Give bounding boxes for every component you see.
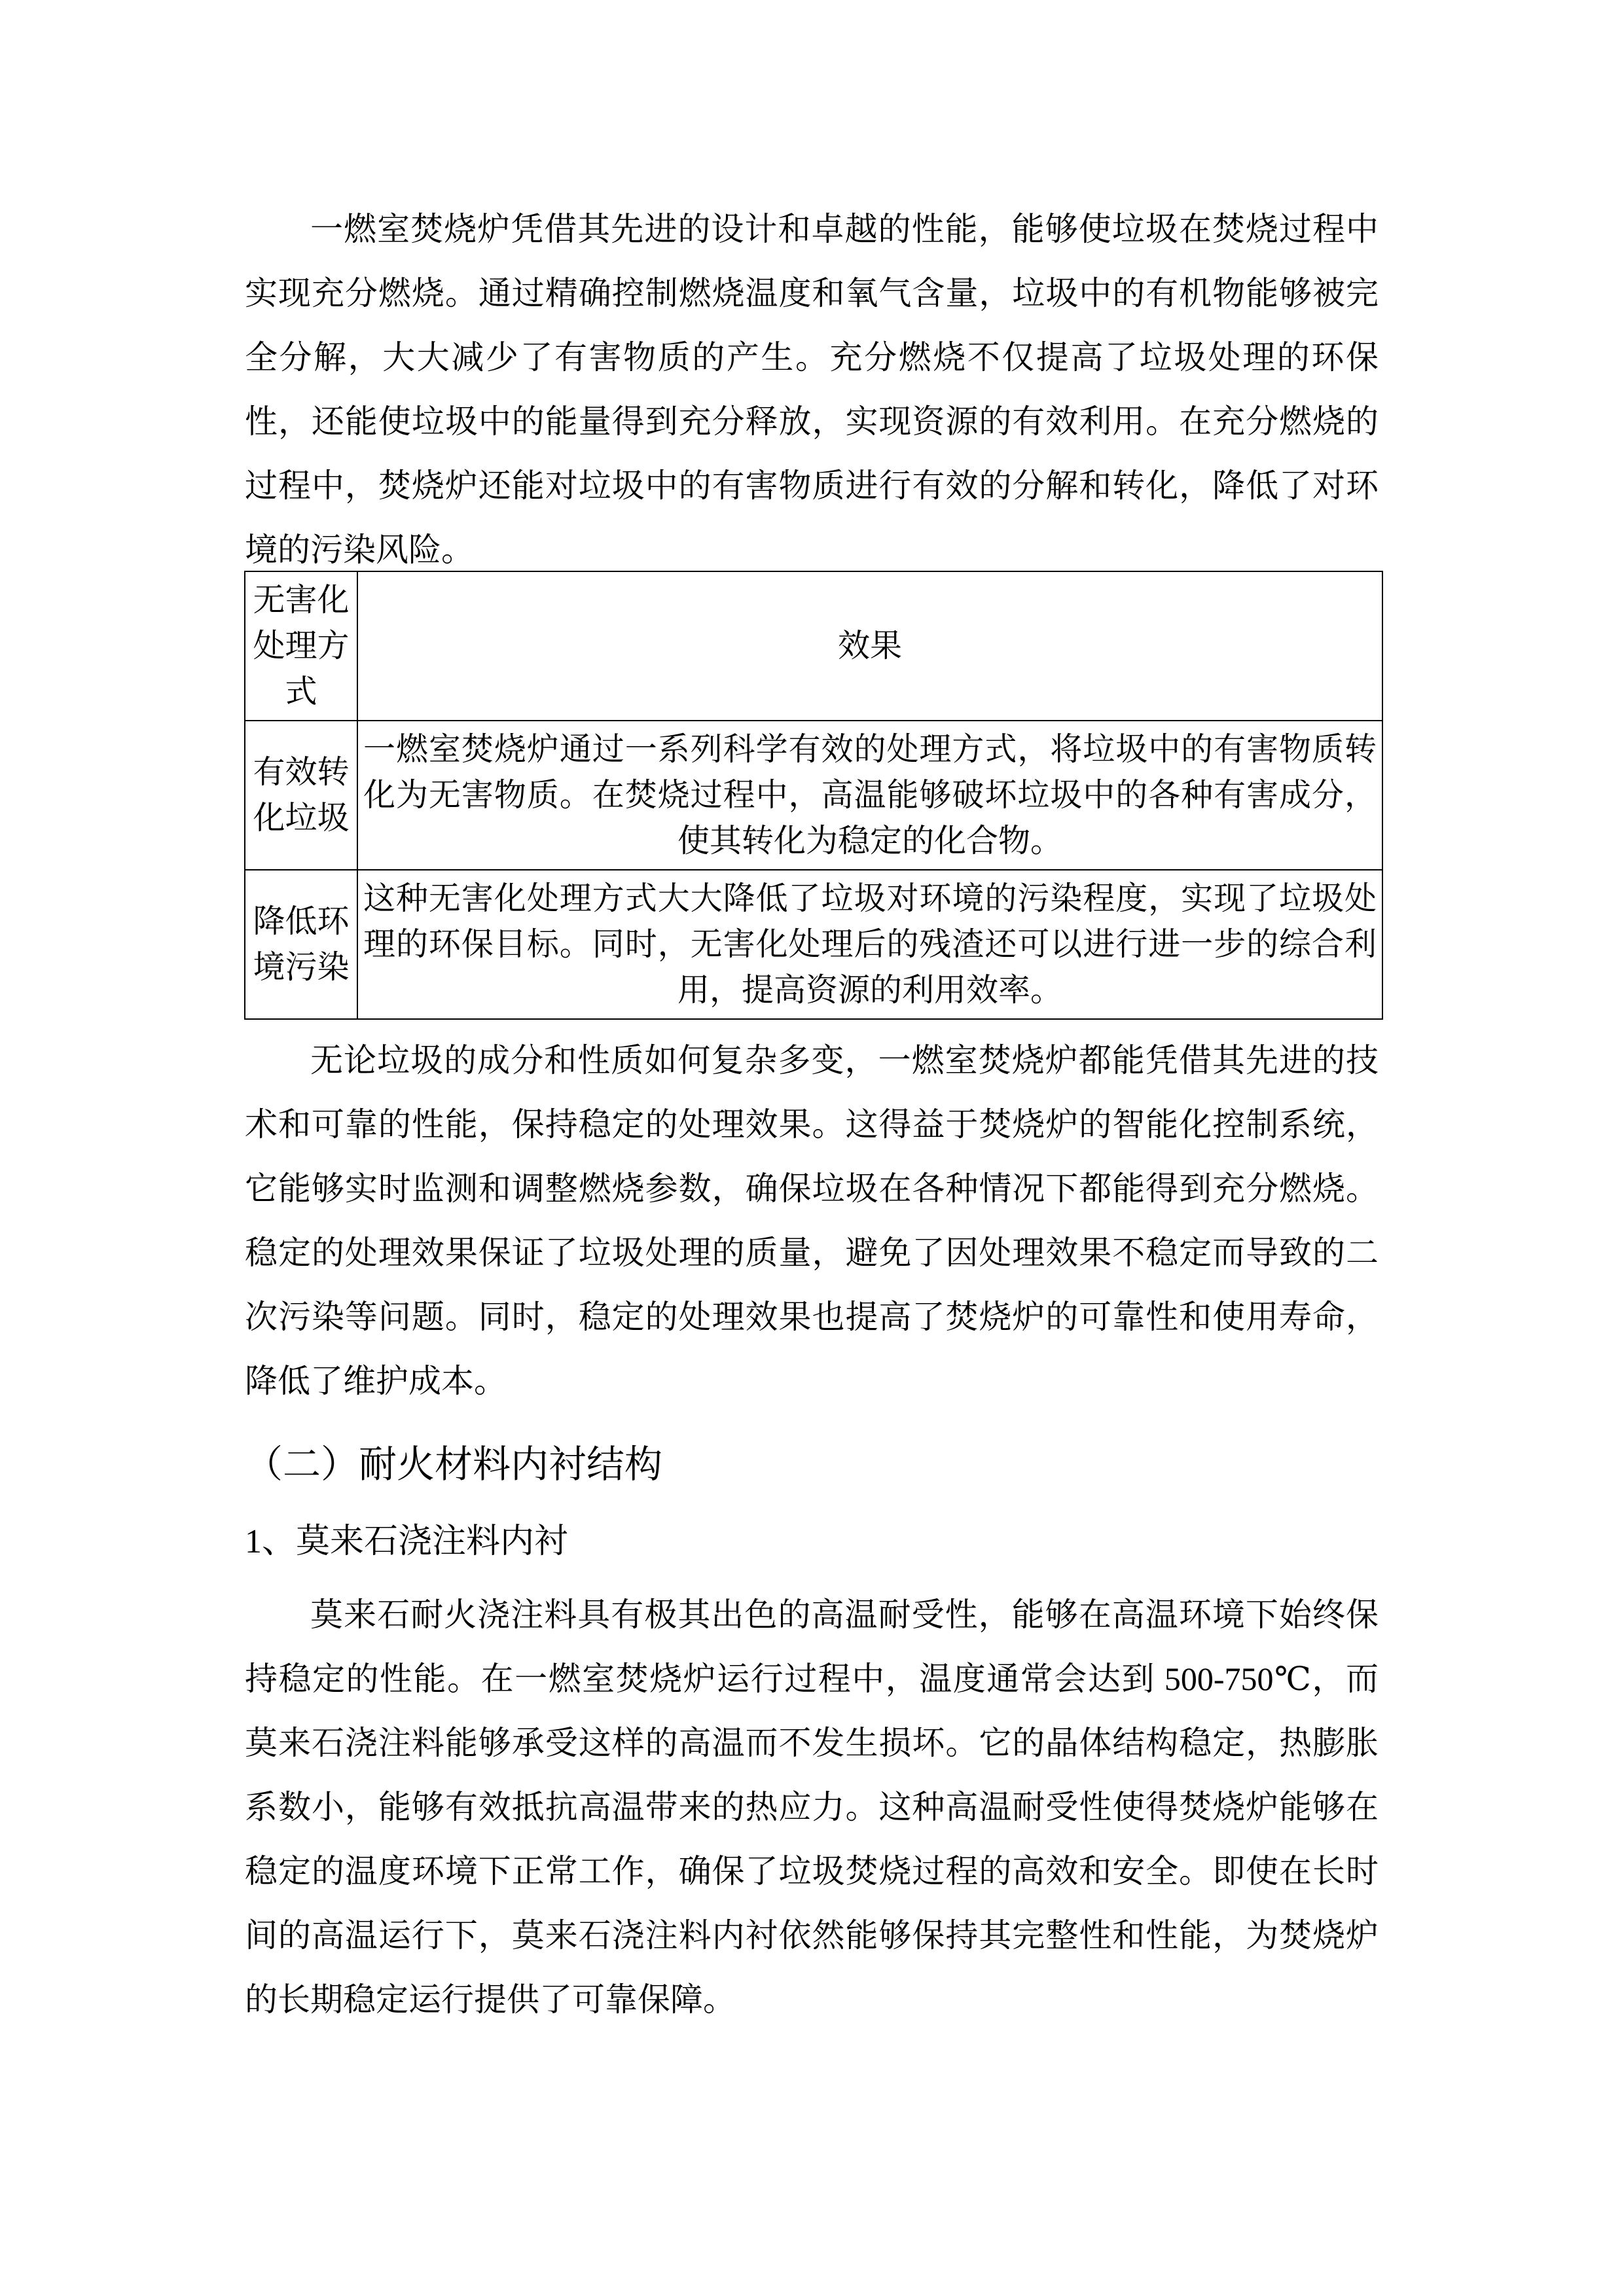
table-cell-method: 有效转化垃圾 [245, 721, 357, 870]
text-line: 一燃室焚烧炉凭借其先进的设计和卓越的性能，能够使垃圾在焚烧过程中 [245, 197, 1379, 261]
paragraph-full-combustion: 一燃室焚烧炉凭借其先进的设计和卓越的性能，能够使垃圾在焚烧过程中实现充分燃烧。通… [245, 197, 1379, 582]
text-line: 次污染等问题。同时，稳定的处理效果也提高了焚烧炉的可靠性和使用寿命， [245, 1285, 1379, 1349]
text-line: 术和可靠的性能，保持稳定的处理效果。这得益于焚烧炉的智能化控制系统， [245, 1092, 1379, 1157]
table-cell-effect: 一燃室焚烧炉通过一系列科学有效的处理方式，将垃圾中的有害物质转化为无害物质。在焚… [357, 721, 1382, 870]
text-line: 用，提高资源的利用效率。 [363, 967, 1377, 1013]
text-line: 过程中，焚烧炉还能对垃圾中的有害物质进行有效的分解和转化，降低了对环 [245, 454, 1379, 518]
text-line: 持稳定的性能。在一燃室焚烧炉运行过程中，温度通常会达到 500-750℃，而 [245, 1647, 1379, 1711]
text-line: 这种无害化处理方式大大降低了垃圾对环境的污染程度，实现了垃圾处 [363, 876, 1377, 922]
text-line: 的长期稳定运行提供了可靠保障。 [245, 1967, 1379, 2032]
section-heading: （二）耐火材料内衬结构 [245, 1437, 1379, 1492]
table-cell-method: 降低环境污染 [245, 870, 357, 1019]
text-line: 理的环保目标。同时，无害化处理后的残渣还可以进行进一步的综合利 [363, 922, 1377, 967]
text-line: 系数小，能够有效抵抗高温带来的热应力。这种高温耐受性使得焚烧炉能够在 [245, 1775, 1379, 1839]
text-line: 莫来石耐火浇注料具有极其出色的高温耐受性，能够在高温环境下始终保 [245, 1583, 1379, 1647]
text-line: 一燃室焚烧炉通过一系列科学有效的处理方式，将垃圾中的有害物质转 [363, 726, 1377, 772]
text-line: 化为无害物质。在焚烧过程中，高温能够破坏垃圾中的各种有害成分， [363, 772, 1377, 818]
text-line: 使其转化为稳定的化合物。 [363, 818, 1377, 864]
harmless-treatment-table: 无害化处理方式 效果 有效转化垃圾 一燃室焚烧炉通过一系列科学有效的处理方式，将… [244, 571, 1383, 1020]
text-line: 稳定的处理效果保证了垃圾处理的质量，避免了因处理效果不稳定而导致的二 [245, 1221, 1379, 1285]
table-header-row: 无害化处理方式 效果 [245, 571, 1382, 721]
text-line: 稳定的温度环境下正常工作，确保了垃圾焚烧过程的高效和安全。即使在长时 [245, 1839, 1379, 1903]
document-page: 一燃室焚烧炉凭借其先进的设计和卓越的性能，能够使垃圾在焚烧过程中实现充分燃烧。通… [0, 0, 1624, 2296]
text-line: 无论垃圾的成分和性质如何复杂多变，一燃室焚烧炉都能凭借其先进的技 [245, 1028, 1379, 1092]
text-line: 全分解，大大减少了有害物质的产生。充分燃烧不仅提高了垃圾处理的环保 [245, 325, 1379, 389]
text-line: 莫来石浇注料能够承受这样的高温而不发生损坏。它的晶体结构稳定，热膨胀 [245, 1711, 1379, 1775]
text-line: 它能够实时监测和调整燃烧参数，确保垃圾在各种情况下都能得到充分燃烧。 [245, 1157, 1379, 1221]
table-row: 降低环境污染 这种无害化处理方式大大降低了垃圾对环境的污染程度，实现了垃圾处理的… [245, 870, 1382, 1019]
table-row: 有效转化垃圾 一燃室焚烧炉通过一系列科学有效的处理方式，将垃圾中的有害物质转化为… [245, 721, 1382, 870]
text-line: 实现充分燃烧。通过精确控制燃烧温度和氧气含量，垃圾中的有机物能够被完 [245, 261, 1379, 325]
table-header-effect: 效果 [357, 571, 1382, 721]
text-line: 间的高温运行下，莫来石浇注料内衬依然能够保持其完整性和性能，为焚烧炉 [245, 1903, 1379, 1967]
sub-heading: 1、莫来石浇注料内衬 [245, 1517, 1379, 1567]
paragraph-stable-treatment: 无论垃圾的成分和性质如何复杂多变，一燃室焚烧炉都能凭借其先进的技术和可靠的性能，… [245, 1028, 1379, 1413]
paragraph-mullite-castable: 莫来石耐火浇注料具有极其出色的高温耐受性，能够在高温环境下始终保持稳定的性能。在… [245, 1583, 1379, 2032]
table-header-method: 无害化处理方式 [245, 571, 357, 721]
text-line: 降低了维护成本。 [245, 1349, 1379, 1413]
text-line: 性，还能使垃圾中的能量得到充分释放，实现资源的有效利用。在充分燃烧的 [245, 389, 1379, 454]
table-cell-effect: 这种无害化处理方式大大降低了垃圾对环境的污染程度，实现了垃圾处理的环保目标。同时… [357, 870, 1382, 1019]
